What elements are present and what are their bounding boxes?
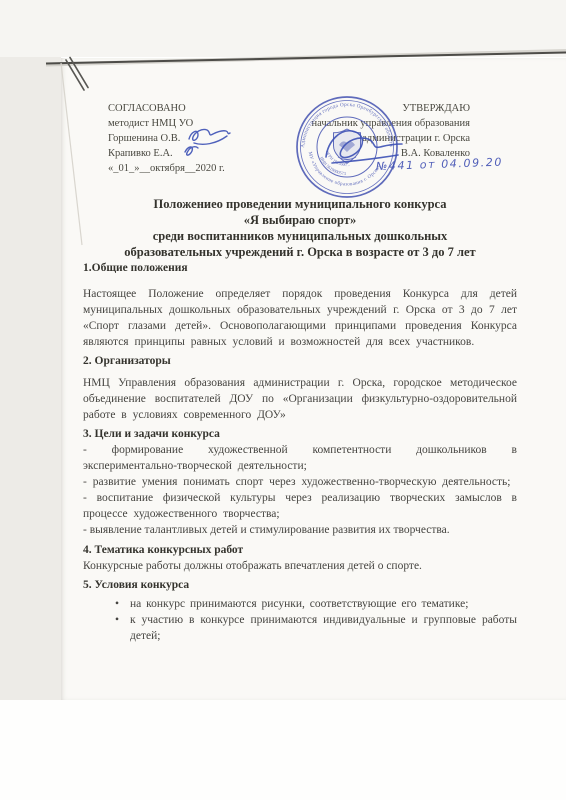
section-5-heading: 5. Условия конкурса — [83, 577, 517, 593]
title-line-1: Положениео проведении муниципального кон… — [83, 196, 517, 212]
title-line-3: среди воспитанников муниципальных дошкол… — [83, 228, 517, 244]
approval-left-title: СОГЛАСОВАНО — [108, 101, 225, 116]
scanner-background-left — [0, 57, 61, 700]
approval-left-role: методист НМЦ УО — [108, 116, 225, 131]
condition-item-1: на конкурс принимаются рисунки, соответс… — [130, 596, 517, 612]
section-1-paragraph: Настоящее Положение определяет порядок п… — [83, 286, 517, 350]
goal-item-4: - выявление талантливых детей и стимулир… — [83, 522, 517, 538]
scanner-background-bottom — [0, 700, 566, 800]
approval-left-name-1: Горшенина О.В. — [108, 131, 225, 146]
goal-item-2: - развитие умения понимать спорт через х… — [83, 474, 517, 490]
section-4-heading: 4. Тематика конкурсных работ — [83, 542, 517, 558]
conditions-list: на конкурс принимаются рисунки, соответс… — [83, 596, 517, 644]
section-1-heading: 1.Общие положения — [83, 260, 517, 276]
stamp-shield-emblem-icon — [334, 129, 361, 163]
document-body: Положениео проведении муниципального кон… — [83, 196, 517, 644]
title-line-2: «Я выбираю спорт» — [83, 212, 517, 228]
approval-left-block: СОГЛАСОВАНО методист НМЦ УО Горшенина О.… — [108, 101, 225, 176]
approval-left-date: «_01_»__октября__2020 г. — [108, 161, 225, 176]
section-2-heading: 2. Организаторы — [83, 353, 517, 369]
title-line-4: образовательных учреждений г. Орска в во… — [83, 244, 517, 260]
round-stamp-icon: Администрация города Орска Оренбургской … — [292, 92, 402, 202]
goal-item-3: - воспитание физической культуры через р… — [83, 490, 517, 522]
approval-left-name-2: Крапивко Е.А. — [108, 146, 225, 161]
section-2-paragraph: НМЦ Управления образования администрации… — [83, 375, 517, 423]
section-3-heading: 3. Цели и задачи конкурса — [83, 426, 517, 442]
goal-item-1: - формирование художественной компетентн… — [83, 442, 517, 474]
document-title: Положениео проведении муниципального кон… — [83, 196, 517, 260]
scanner-background-top — [0, 0, 566, 57]
condition-item-2: к участию в конкурсе принимаются индивид… — [130, 612, 517, 644]
section-4-paragraph: Конкурсные работы должны отображать впеч… — [83, 558, 517, 574]
